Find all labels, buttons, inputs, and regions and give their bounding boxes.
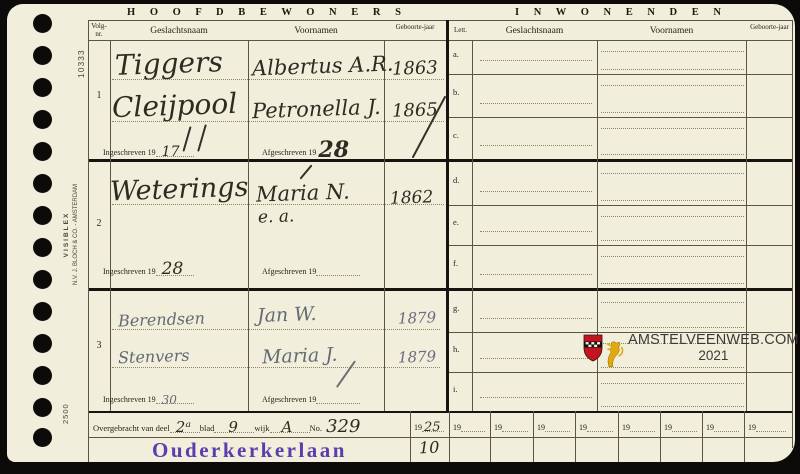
dotted-line (601, 216, 744, 217)
punch-hole (33, 206, 52, 225)
volgnr-label: 2 (88, 218, 110, 229)
dotted-line (601, 51, 744, 52)
ingeschreven-label: Ingeschreven 19 (103, 395, 156, 404)
rule (449, 205, 793, 206)
column-header-geslachtsnaam: Geslachtsnaam (472, 26, 597, 36)
manufacturer-label: N.V. J. BLOCH & CO. - AMSTERDAM (72, 167, 82, 302)
watermark: AMSTELVEENWEB.COM 2021 (583, 333, 799, 369)
year-cell: 19 (618, 414, 660, 436)
year-prefix: 19 (706, 423, 714, 432)
lion-icon (607, 342, 623, 367)
dotted-line (112, 79, 444, 80)
dotted-line (480, 397, 592, 398)
punch-hole (33, 14, 52, 33)
entry-surname: Berendsen (118, 310, 205, 329)
year-prefix: 19 (622, 423, 630, 432)
volgnr-label: 3 (88, 340, 110, 351)
entry-birthyear: 1865 (392, 101, 438, 121)
dotted-line (480, 191, 592, 192)
dotted-line (601, 283, 744, 284)
year-value: 25 (424, 421, 441, 434)
dotted-fill: 28 (156, 265, 194, 276)
afgeschreven-value: 28 (318, 139, 349, 161)
wijk-value: A (282, 420, 293, 435)
dotted-fill (461, 421, 485, 432)
overgebracht-line: Overgebracht van deel 2ᵃ blad 9 wijk A N… (93, 417, 405, 433)
ingeschreven-label: Ingeschreven 19 (103, 267, 156, 276)
entry-surname: Tiggers (115, 48, 224, 80)
year-prefix: 19 (579, 423, 587, 432)
dotted-fill (630, 421, 655, 432)
rule (449, 117, 793, 118)
letter-row-label: e. (453, 217, 471, 227)
punch-hole (33, 270, 52, 289)
dotted-line (601, 406, 744, 407)
dotted-fill: 2ᵃ (170, 422, 200, 433)
no-value: 329 (326, 418, 360, 436)
dotted-line (112, 367, 440, 368)
dotted-fill (545, 421, 570, 432)
dotted-line (601, 200, 744, 201)
letter-row-label: d. (453, 175, 471, 185)
dotted-fill: 25 (422, 421, 444, 432)
dotted-line (480, 318, 592, 319)
dotted-fill (756, 421, 786, 432)
overgebracht-label: Overgebracht van deel (93, 423, 170, 433)
deel-value: 2ᵃ (176, 420, 191, 435)
ingeschreven-value: 17 (162, 145, 180, 159)
dotted-fill: A (270, 422, 310, 433)
dotted-line (601, 256, 744, 257)
rule (88, 40, 793, 41)
afgeschreven-label: Afgeschreven 19 (262, 395, 316, 404)
entry-surname: Stenvers (118, 348, 190, 366)
dotted-fill (587, 421, 613, 432)
dotted-fill (502, 421, 528, 432)
entry-birthyear: 1879 (398, 349, 437, 365)
afgeschreven-label: Afgeschreven 19 (262, 267, 316, 276)
ingeschreven-value: 28 (162, 261, 184, 278)
rule (88, 20, 89, 462)
ingeschreven-value: 30 (162, 394, 177, 406)
entry-birthyear: 1863 (392, 59, 438, 79)
letter-row-label: h. (453, 344, 471, 354)
year-prefix: 19 (494, 423, 502, 432)
rule (384, 40, 385, 411)
dotted-line (601, 112, 744, 113)
column-header-geboortejaar: Geboorte-jaar (384, 24, 446, 32)
year-cell: 19 25 (410, 414, 449, 436)
year-prefix: 19 (453, 423, 461, 432)
entry-firstnames: Maria N. (256, 181, 350, 205)
rule (472, 40, 473, 411)
entry-firstnames: Albertus A.R. (252, 54, 394, 80)
afgeschreven-line: Afgeschreven 19 (262, 260, 372, 276)
brand-label: VISIBLEX (62, 167, 72, 302)
dotted-line (480, 358, 592, 359)
watermark-site: AMSTELVEENWEB.COM (628, 333, 799, 349)
hoofdbewoners-title: H O O F D B E W O N E R S (88, 7, 446, 18)
letter-row-label: b. (453, 87, 471, 97)
dotted-line (480, 145, 592, 146)
column-header-volgnr: Volg-nr. (88, 23, 110, 38)
dotted-line (601, 154, 744, 155)
dotted-line (601, 327, 744, 328)
coat-of-arms-icon (583, 333, 625, 369)
wijk-label: wijk (254, 423, 269, 433)
dotted-fill: 28 (316, 147, 360, 157)
section-divider (88, 411, 793, 413)
punch-hole (33, 366, 52, 385)
year-cell: 19 (490, 414, 533, 436)
section-divider (88, 159, 793, 162)
punch-hole (33, 110, 52, 129)
punch-hole (33, 46, 52, 65)
dotted-line (112, 329, 440, 330)
watermark-text: AMSTELVEENWEB.COM 2021 (628, 333, 799, 364)
watermark-year: 2021 (628, 349, 799, 364)
entry-firstnames: Jan W. (257, 305, 317, 326)
dotted-fill: 30 (156, 393, 194, 404)
punch-hole (33, 238, 52, 257)
column-header-geboortejaar: Geboorte-jaar (746, 24, 793, 32)
inwonenden-title: I N W O N E N D E N (449, 7, 793, 18)
volgnr-label: 1 (88, 90, 110, 101)
dotted-fill (672, 421, 697, 432)
punch-hole (33, 78, 52, 97)
letter-row-label: a. (453, 49, 471, 59)
serial-number-bottom: 2500 (61, 403, 70, 424)
afgeschreven-line: Afgeschreven 19 28 (262, 141, 372, 157)
dotted-line (480, 103, 592, 104)
dotted-fill (714, 421, 739, 432)
year-cell: 19 (702, 414, 744, 436)
year-cell: 19 (744, 414, 792, 436)
dotted-line (601, 128, 744, 129)
dotted-line (601, 383, 744, 384)
column-header-lett: Lett. (449, 27, 472, 35)
ingeschreven-line: Ingeschreven 19 30 (103, 388, 218, 404)
street-name-stamp: Ouderkerkerlaan (152, 438, 347, 463)
manufacturer-vertical-text: VISIBLEX N.V. J. BLOCH & CO. - AMSTERDAM (62, 167, 82, 302)
year-below-value: 10 (419, 440, 440, 457)
letter-row-label: c. (453, 130, 471, 140)
rule (88, 20, 793, 21)
year-prefix: 19 (537, 423, 545, 432)
column-header-geslachtsnaam: Geslachtsnaam (110, 26, 248, 36)
entry-surname: Cleijpool (112, 90, 238, 122)
serial-number-top: 10333 (76, 49, 86, 78)
dotted-fill: 17 (156, 146, 194, 157)
rule (449, 372, 793, 373)
year-prefix: 19 (748, 423, 756, 432)
punch-hole (33, 428, 52, 447)
punch-hole (33, 302, 52, 321)
dotted-line (480, 60, 592, 61)
dotted-line (601, 240, 744, 241)
dotted-line (480, 231, 592, 232)
afgeschreven-line: Afgeschreven 19 (262, 388, 372, 404)
afgeschreven-label: Afgeschreven 19 (262, 148, 316, 157)
blad-value: 9 (228, 420, 238, 435)
entry-firstnames: e. a. (258, 208, 295, 226)
half-divider (446, 20, 449, 411)
dotted-fill: 329 (322, 423, 368, 433)
year-cell: 19 (533, 414, 575, 436)
year-cell: 19 (660, 414, 702, 436)
dotted-line (112, 204, 444, 205)
entry-firstnames: Maria J. (262, 346, 338, 368)
punch-hole (33, 398, 52, 417)
year-prefix: 19 (664, 423, 672, 432)
letter-row-label: g. (453, 303, 471, 313)
year-prefix: 19 (414, 423, 422, 432)
year-cell: 19 (449, 414, 490, 436)
letter-row-label: f. (453, 258, 471, 268)
blad-label: blad (200, 423, 215, 433)
no-label: No. (310, 423, 323, 433)
ingeschreven-line: Ingeschreven 19 28 (103, 260, 218, 276)
rule (449, 74, 793, 75)
rule (449, 245, 793, 246)
letter-row-label: i. (453, 384, 471, 394)
dotted-line (480, 274, 592, 275)
column-header-voornamen: Voornamen (248, 26, 384, 36)
punch-hole (33, 174, 52, 193)
dotted-line (601, 302, 744, 303)
entry-surname: Weterings (110, 174, 249, 206)
year-cell: 19 (575, 414, 618, 436)
entry-birthyear: 1879 (398, 310, 437, 326)
punch-hole (33, 142, 52, 161)
dotted-line (601, 69, 744, 70)
dotted-line (601, 85, 744, 86)
dotted-fill: 9 (214, 422, 254, 433)
column-header-voornamen: Voornamen (597, 26, 746, 36)
ingeschreven-label: Ingeschreven 19 (103, 148, 156, 157)
entry-firstnames: Petronella J. (252, 97, 381, 122)
dotted-line (601, 173, 744, 174)
punch-hole (33, 334, 52, 353)
scanned-register-card: 10333 VISIBLEX N.V. J. BLOCH & CO. - AMS… (0, 0, 800, 474)
dotted-fill (316, 393, 360, 404)
section-divider (88, 288, 793, 291)
dotted-line (112, 121, 444, 122)
rule (248, 40, 249, 411)
dotted-fill (316, 265, 360, 276)
rule (792, 20, 793, 448)
